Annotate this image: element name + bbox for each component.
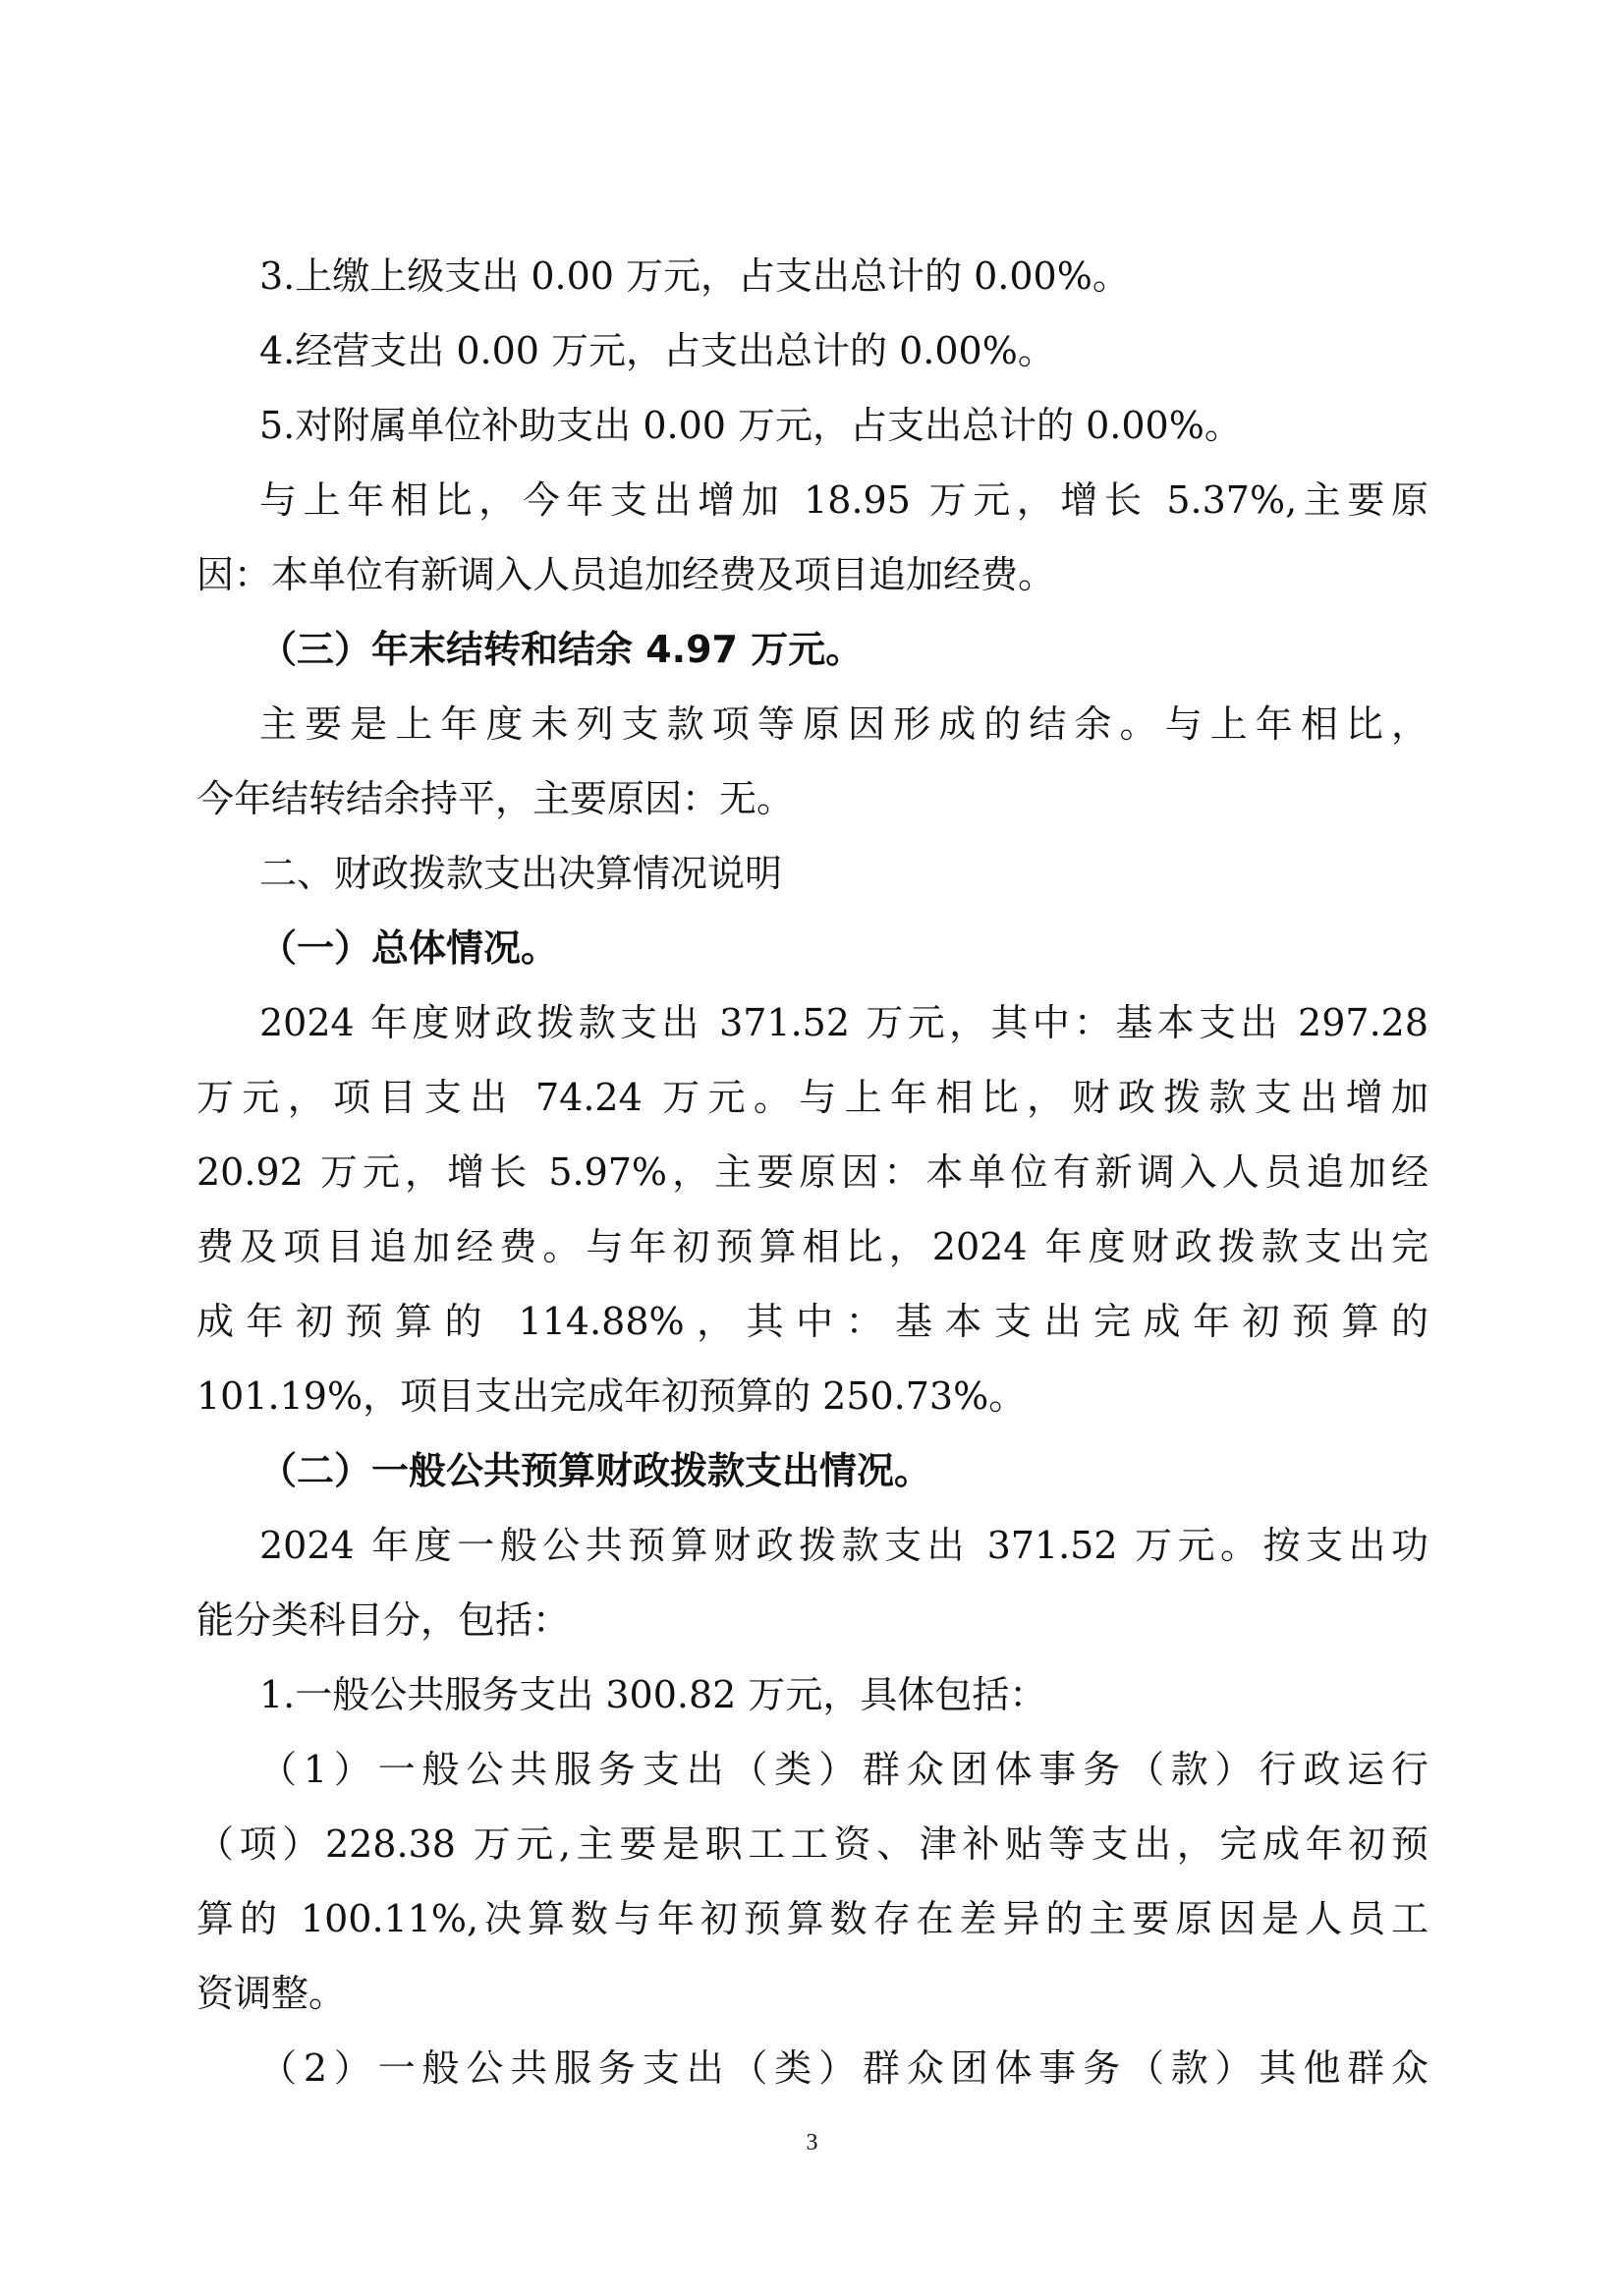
paragraph-line-year-comparison-reason: 因：本单位有新调入人员追加经费及项目追加经费。 <box>196 545 1055 604</box>
paragraph-line-item2-1: （2）一般公共服务支出（类）群众团体事务（款）其他群众 <box>259 2039 1428 2098</box>
paragraph-line-balance-flat: 今年结转结余持平，主要原因：无。 <box>196 769 794 828</box>
paragraph-line-overall-1: 2024 年度财政拨款支出 371.52 万元，其中：基本支出 297.28 <box>259 993 1428 1052</box>
paragraph-line-year-comparison: 与上年相比，今年支出增加 18.95 万元，增长 5.37%,主要原 <box>259 471 1428 530</box>
paragraph-line-overall-3: 20.92 万元，增长 5.97%，主要原因：本单位有新调入人员追加经 <box>196 1143 1428 1202</box>
paragraph-line-balance-cause: 主要是上年度未列支款项等原因形成的结余。与上年相比， <box>259 695 1428 754</box>
paragraph-line-general-budget-2: 能分类科目分，包括： <box>196 1591 570 1650</box>
paragraph-line-item1-2: （项）228.38 万元,主要是职工工资、津补贴等支出，完成年初预 <box>196 1815 1428 1874</box>
section-heading-fiscal-appropriation: 二、财政拨款支出决算情况说明 <box>259 844 782 903</box>
paragraph-line-overall-5: 成年初预算的 114.88%，其中：基本支出完成年初预算的 <box>196 1292 1428 1351</box>
subsection-heading-overall: （一）总体情况。 <box>259 919 558 978</box>
paragraph-line-item1-1: （1）一般公共服务支出（类）群众团体事务（款）行政运行 <box>259 1740 1428 1799</box>
paragraph-line-item1-3: 算的 100.11%,决算数与年初预算数存在差异的主要原因是人员工 <box>196 1889 1428 1948</box>
list-item-general-public-services: 1.一般公共服务支出 300.82 万元，具体包括： <box>259 1665 1046 1724</box>
paragraph-line-remit-superior: 3.上缴上级支出 0.00 万元，占支出总计的 0.00%。 <box>259 247 1130 306</box>
paragraph-line-overall-6: 101.19%，项目支出完成年初预算的 250.73%。 <box>196 1367 1026 1426</box>
paragraph-line-overall-4: 费及项目追加经费。与年初预算相比，2024 年度财政拨款支出完 <box>196 1217 1428 1276</box>
section-heading-year-end-balance: （三）年末结转和结余 4.97 万元。 <box>259 620 863 679</box>
page-number: 3 <box>0 2130 1624 2156</box>
paragraph-line-general-budget-1: 2024 年度一般公共预算财政拨款支出 371.52 万元。按支出功 <box>259 1516 1428 1575</box>
paragraph-line-item1-4: 资调整。 <box>196 1964 346 2023</box>
paragraph-line-subsidiary-subsidy: 5.对附属单位补助支出 0.00 万元，占支出总计的 0.00%。 <box>259 396 1242 455</box>
paragraph-line-operating-expense: 4.经营支出 0.00 万元，占支出总计的 0.00%。 <box>259 321 1055 380</box>
subsection-heading-general-budget: （二）一般公共预算财政拨款支出情况。 <box>259 1441 931 1500</box>
paragraph-line-overall-2: 万元，项目支出 74.24 万元。与上年相比，财政拨款支出增加 <box>196 1068 1428 1127</box>
